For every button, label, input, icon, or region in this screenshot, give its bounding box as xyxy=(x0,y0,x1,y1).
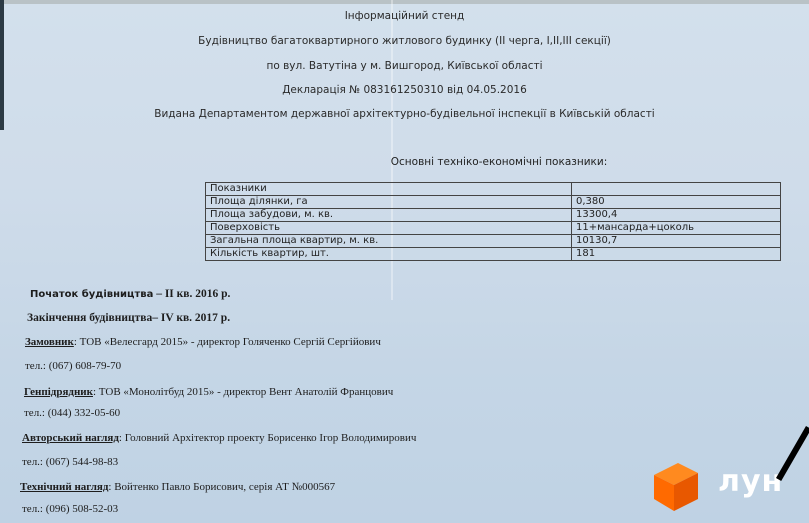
board-top-edge xyxy=(0,0,809,4)
table-row: Поверховість11+мансарда+цоколь xyxy=(206,222,781,235)
indicators-title: Основні техніко-економічні показники: xyxy=(0,156,809,168)
table-row: Показники xyxy=(206,183,781,196)
table-row: Загальна площа квартир, м. кв.10130,7 xyxy=(206,235,781,248)
tech-supervision-role: Технічний нагляд xyxy=(20,481,108,493)
author-supervision-line: Авторський нагляд: Головний Архітектор п… xyxy=(22,432,416,444)
tech-supervision-text: : Войтенко Павло Борисович, серія АТ №00… xyxy=(108,481,335,493)
table-row: Кількість квартир, шт.181 xyxy=(206,248,781,261)
row-value: 13300,4 xyxy=(572,209,781,222)
customer-phone: тел.: (067) 608-79-70 xyxy=(25,360,121,372)
row-value: 11+мансарда+цоколь xyxy=(572,222,781,235)
construction-start: Початок будівництва – ІІ кв. 2016 р. xyxy=(30,288,230,300)
row-label: Площа ділянки, га xyxy=(206,196,572,209)
contractor-line: Генпідрядник: ТОВ «Монолітбуд 2015» - ди… xyxy=(24,386,393,398)
customer-role: Замовник xyxy=(25,336,74,348)
contractor-text: : ТОВ «Монолітбуд 2015» - директор Вент … xyxy=(93,386,393,398)
start-value: – ІІ кв. 2016 р. xyxy=(153,288,230,300)
board-corner-edge xyxy=(776,426,809,481)
cube-logo-icon xyxy=(648,459,704,515)
board-address: по вул. Ватутіна у м. Вишгород, Київсько… xyxy=(0,60,809,72)
row-value xyxy=(572,183,781,196)
row-value: 181 xyxy=(572,248,781,261)
row-value: 0,380 xyxy=(572,196,781,209)
author-supervision-phone: тел.: (067) 544-98-83 xyxy=(22,456,118,468)
tech-supervision-line: Технічний нагляд: Войтенко Павло Борисов… xyxy=(20,481,335,493)
construction-end: Закінчення будівництва– IV кв. 2017 р. xyxy=(27,312,230,324)
indicators-table: Показники Площа ділянки, га0,380 Площа з… xyxy=(205,182,781,261)
author-supervision-text: : Головний Архітектор проекту Борисенко … xyxy=(119,432,416,444)
customer-line: Замовник: ТОВ «Велесгард 2015» - директо… xyxy=(25,336,381,348)
board-declaration: Декларація № 083161250310 від 04.05.2016 xyxy=(0,84,809,96)
row-label: Загальна площа квартир, м. кв. xyxy=(206,235,572,248)
row-label: Площа забудови, м. кв. xyxy=(206,209,572,222)
author-supervision-role: Авторський нагляд xyxy=(22,432,119,444)
board-issuer: Видана Департаментом державної архітекту… xyxy=(0,108,809,120)
board-title: Інформаційний стенд xyxy=(0,10,809,22)
contractor-role: Генпідрядник xyxy=(24,386,93,398)
row-label: Поверховість xyxy=(206,222,572,235)
end-label: Закінчення будівництва– xyxy=(27,312,158,324)
row-label: Показники xyxy=(206,183,572,196)
end-value: IV кв. 2017 р. xyxy=(158,312,230,324)
board-project: Будівництво багатоквартирного житлового … xyxy=(0,35,809,47)
table-row: Площа забудови, м. кв.13300,4 xyxy=(206,209,781,222)
row-value: 10130,7 xyxy=(572,235,781,248)
table-row: Площа ділянки, га0,380 xyxy=(206,196,781,209)
start-label: Початок будівництва xyxy=(30,289,153,300)
customer-text: : ТОВ «Велесгард 2015» - директор Голяче… xyxy=(74,336,381,348)
contractor-phone: тел.: (044) 332-05-60 xyxy=(24,407,120,419)
row-label: Кількість квартир, шт. xyxy=(206,248,572,261)
tech-supervision-phone: тел.: (096) 508-52-03 xyxy=(22,503,118,515)
watermark-text: лун xyxy=(718,464,783,499)
